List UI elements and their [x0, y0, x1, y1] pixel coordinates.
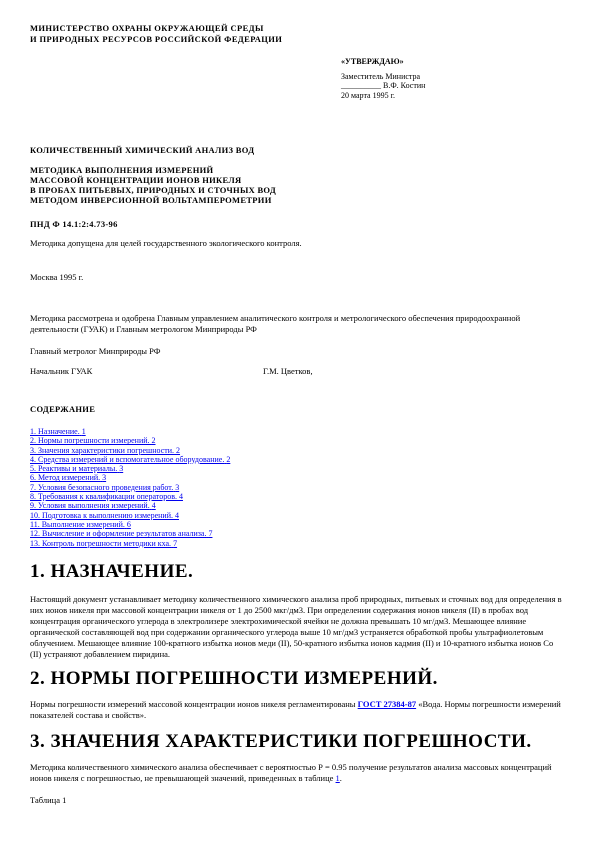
- place-year: Москва 1995 г.: [30, 272, 83, 282]
- ministry-line-2: И ПРИРОДНЫХ РЕСУРСОВ РОССИЙСКОЙ ФЕДЕРАЦИ…: [30, 34, 390, 45]
- toc-link-7[interactable]: 7. Условия безопасного проведения работ.…: [30, 483, 565, 492]
- approval-stamp: «УТВЕРЖДАЮ»: [341, 57, 561, 67]
- method-title-line-4: МЕТОДОМ ИНВЕРСИОННОЙ ВОЛЬТАМПЕРОМЕТРИИ: [30, 195, 565, 205]
- toc-heading: СОДЕРЖАНИЕ: [30, 404, 95, 414]
- doc-type-title: КОЛИЧЕСТВЕННЫЙ ХИМИЧЕСКИЙ АНАЛИЗ ВОД: [30, 145, 565, 155]
- section-3-text-post: .: [340, 773, 342, 783]
- approval-block: «УТВЕРЖДАЮ» Заместитель Министра _______…: [341, 57, 561, 100]
- approval-signature: __________ В.Ф. Костин: [341, 81, 561, 91]
- section-1-body: Настоящий документ устанавливает методик…: [30, 594, 565, 660]
- toc-link-8[interactable]: 8. Требования к квалификации операторов.…: [30, 492, 565, 501]
- gost-27384-87-link[interactable]: ГОСТ 27384-87: [358, 699, 416, 709]
- document-page: МИНИСТЕРСТВО ОХРАНЫ ОКРУЖАЮЩЕЙ СРЕДЫ И П…: [0, 0, 595, 842]
- toc-link-2[interactable]: 2. Нормы погрешности измерений. 2: [30, 436, 565, 445]
- toc-link-6[interactable]: 6. Метод измерений. 3: [30, 473, 565, 482]
- table-1-caption: Таблица 1: [30, 795, 66, 805]
- toc-link-3[interactable]: 3. Значения характеристики погрешности. …: [30, 446, 565, 455]
- method-title: МЕТОДИКА ВЫПОЛНЕНИЯ ИЗМЕРЕНИЙ МАССОВОЙ К…: [30, 165, 565, 205]
- section-3-body: Методика количественного химического ана…: [30, 762, 565, 784]
- doc-number: ПНД Ф 14.1:2:4.73-96: [30, 219, 118, 229]
- head-guak-name: Г.М. Цветков,: [263, 366, 313, 376]
- toc-link-10[interactable]: 10. Подготовка к выполнению измерений. 4: [30, 511, 565, 520]
- section-2-heading: 2. НОРМЫ ПОГРЕШНОСТИ ИЗМЕРЕНИЙ.: [30, 668, 438, 690]
- toc-link-9[interactable]: 9. Условия выполнения измерений. 4: [30, 501, 565, 510]
- section-2-text-pre: Нормы погрешности измерений массовой кон…: [30, 699, 358, 709]
- toc-link-4[interactable]: 4. Средства измерений и вспомогательное …: [30, 455, 565, 464]
- section-3-heading: 3. ЗНАЧЕНИЯ ХАРАКТЕРИСТИКИ ПОГРЕШНОСТИ.: [30, 731, 532, 753]
- approval-position: Заместитель Министра: [341, 72, 561, 82]
- head-guak: Начальник ГУАК: [30, 366, 92, 376]
- toc-list: 1. Назначение. 1 2. Нормы погрешности из…: [30, 427, 565, 548]
- toc-link-1[interactable]: 1. Назначение. 1: [30, 427, 565, 436]
- method-title-line-3: В ПРОБАХ ПИТЬЕВЫХ, ПРИРОДНЫХ И СТОЧНЫХ В…: [30, 185, 565, 195]
- method-title-line-1: МЕТОДИКА ВЫПОЛНЕНИЯ ИЗМЕРЕНИЙ: [30, 165, 565, 175]
- toc-link-13[interactable]: 13. Контроль погрешности методики кха. 7: [30, 539, 565, 548]
- section-1-heading: 1. НАЗНАЧЕНИЕ.: [30, 561, 193, 583]
- section-3-text-pre: Методика количественного химического ана…: [30, 762, 552, 783]
- section-2-body: Нормы погрешности измерений массовой кон…: [30, 699, 565, 721]
- toc-link-5[interactable]: 5. Реактивы и материалы. 3: [30, 464, 565, 473]
- admission-note: Методика допущена для целей государствен…: [30, 238, 565, 248]
- toc-link-12[interactable]: 12. Вычисление и оформление результатов …: [30, 529, 565, 538]
- approval-date: 20 марта 1995 г.: [341, 91, 561, 101]
- toc-link-11[interactable]: 11. Выполнение измерений. 6: [30, 520, 565, 529]
- ministry-header: МИНИСТЕРСТВО ОХРАНЫ ОКРУЖАЮЩЕЙ СРЕДЫ И П…: [30, 23, 390, 44]
- ministry-line-1: МИНИСТЕРСТВО ОХРАНЫ ОКРУЖАЮЩЕЙ СРЕДЫ: [30, 23, 390, 34]
- chief-metrologist: Главный метролог Минприроды РФ: [30, 346, 160, 356]
- review-paragraph: Методика рассмотрена и одобрена Главным …: [30, 313, 565, 335]
- method-title-line-2: МАССОВОЙ КОНЦЕНТРАЦИИ ИОНОВ НИКЕЛЯ: [30, 175, 565, 185]
